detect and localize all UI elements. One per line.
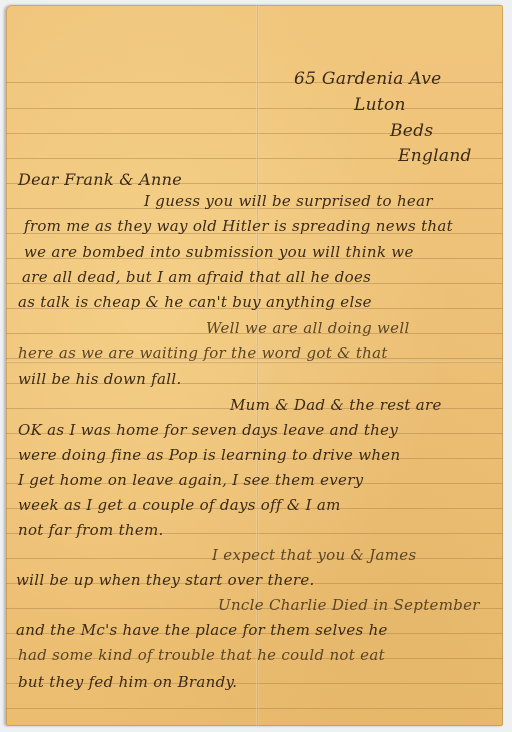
address-town: Luton [354, 97, 406, 114]
address-street: 65 Gardenia Ave [294, 71, 442, 88]
address-country: England [398, 148, 472, 165]
letter-line: not far from them. [18, 523, 164, 538]
letter-line: from me as they way old Hitler is spread… [24, 219, 453, 234]
address-county: Beds [390, 123, 433, 140]
letter-line: Well we are all doing well [206, 321, 410, 336]
vertical-fold-crease [256, 5, 259, 726]
letter-page: 65 Gardenia Ave Luton Beds England Dear … [6, 5, 503, 726]
letter-line: OK as I was home for seven days leave an… [18, 423, 398, 438]
letter-line: I get home on leave again, I see them ev… [18, 473, 363, 488]
letter-line: are all dead, but I am afraid that all h… [22, 270, 371, 285]
letter-line: had some kind of trouble that he could n… [18, 648, 385, 663]
salutation: Dear Frank & Anne [18, 172, 182, 188]
letter-line: Mum & Dad & the rest are [230, 398, 442, 413]
ruled-line [6, 708, 503, 709]
letter-line: will be up when they start over there. [16, 573, 315, 588]
letter-line: here as we are waiting for the word got … [18, 346, 388, 361]
letter-line: will be his down fall. [18, 372, 182, 387]
letter-line: and the Mc's have the place for them sel… [16, 623, 388, 638]
letter-line: but they fed him on Brandy. [18, 675, 237, 690]
letter-line: I expect that you & James [212, 548, 416, 563]
letter-line: were doing fine as Pop is learning to dr… [18, 448, 400, 463]
letter-line: Uncle Charlie Died in September [218, 598, 480, 613]
letter-line: week as I get a couple of days off & I a… [18, 498, 341, 513]
letter-line: I guess you will be surprised to hear [144, 194, 433, 209]
ruled-line [6, 108, 503, 109]
letter-line: we are bombed into submission you will t… [24, 245, 414, 260]
letter-line: as talk is cheap & he can't buy anything… [18, 295, 372, 310]
